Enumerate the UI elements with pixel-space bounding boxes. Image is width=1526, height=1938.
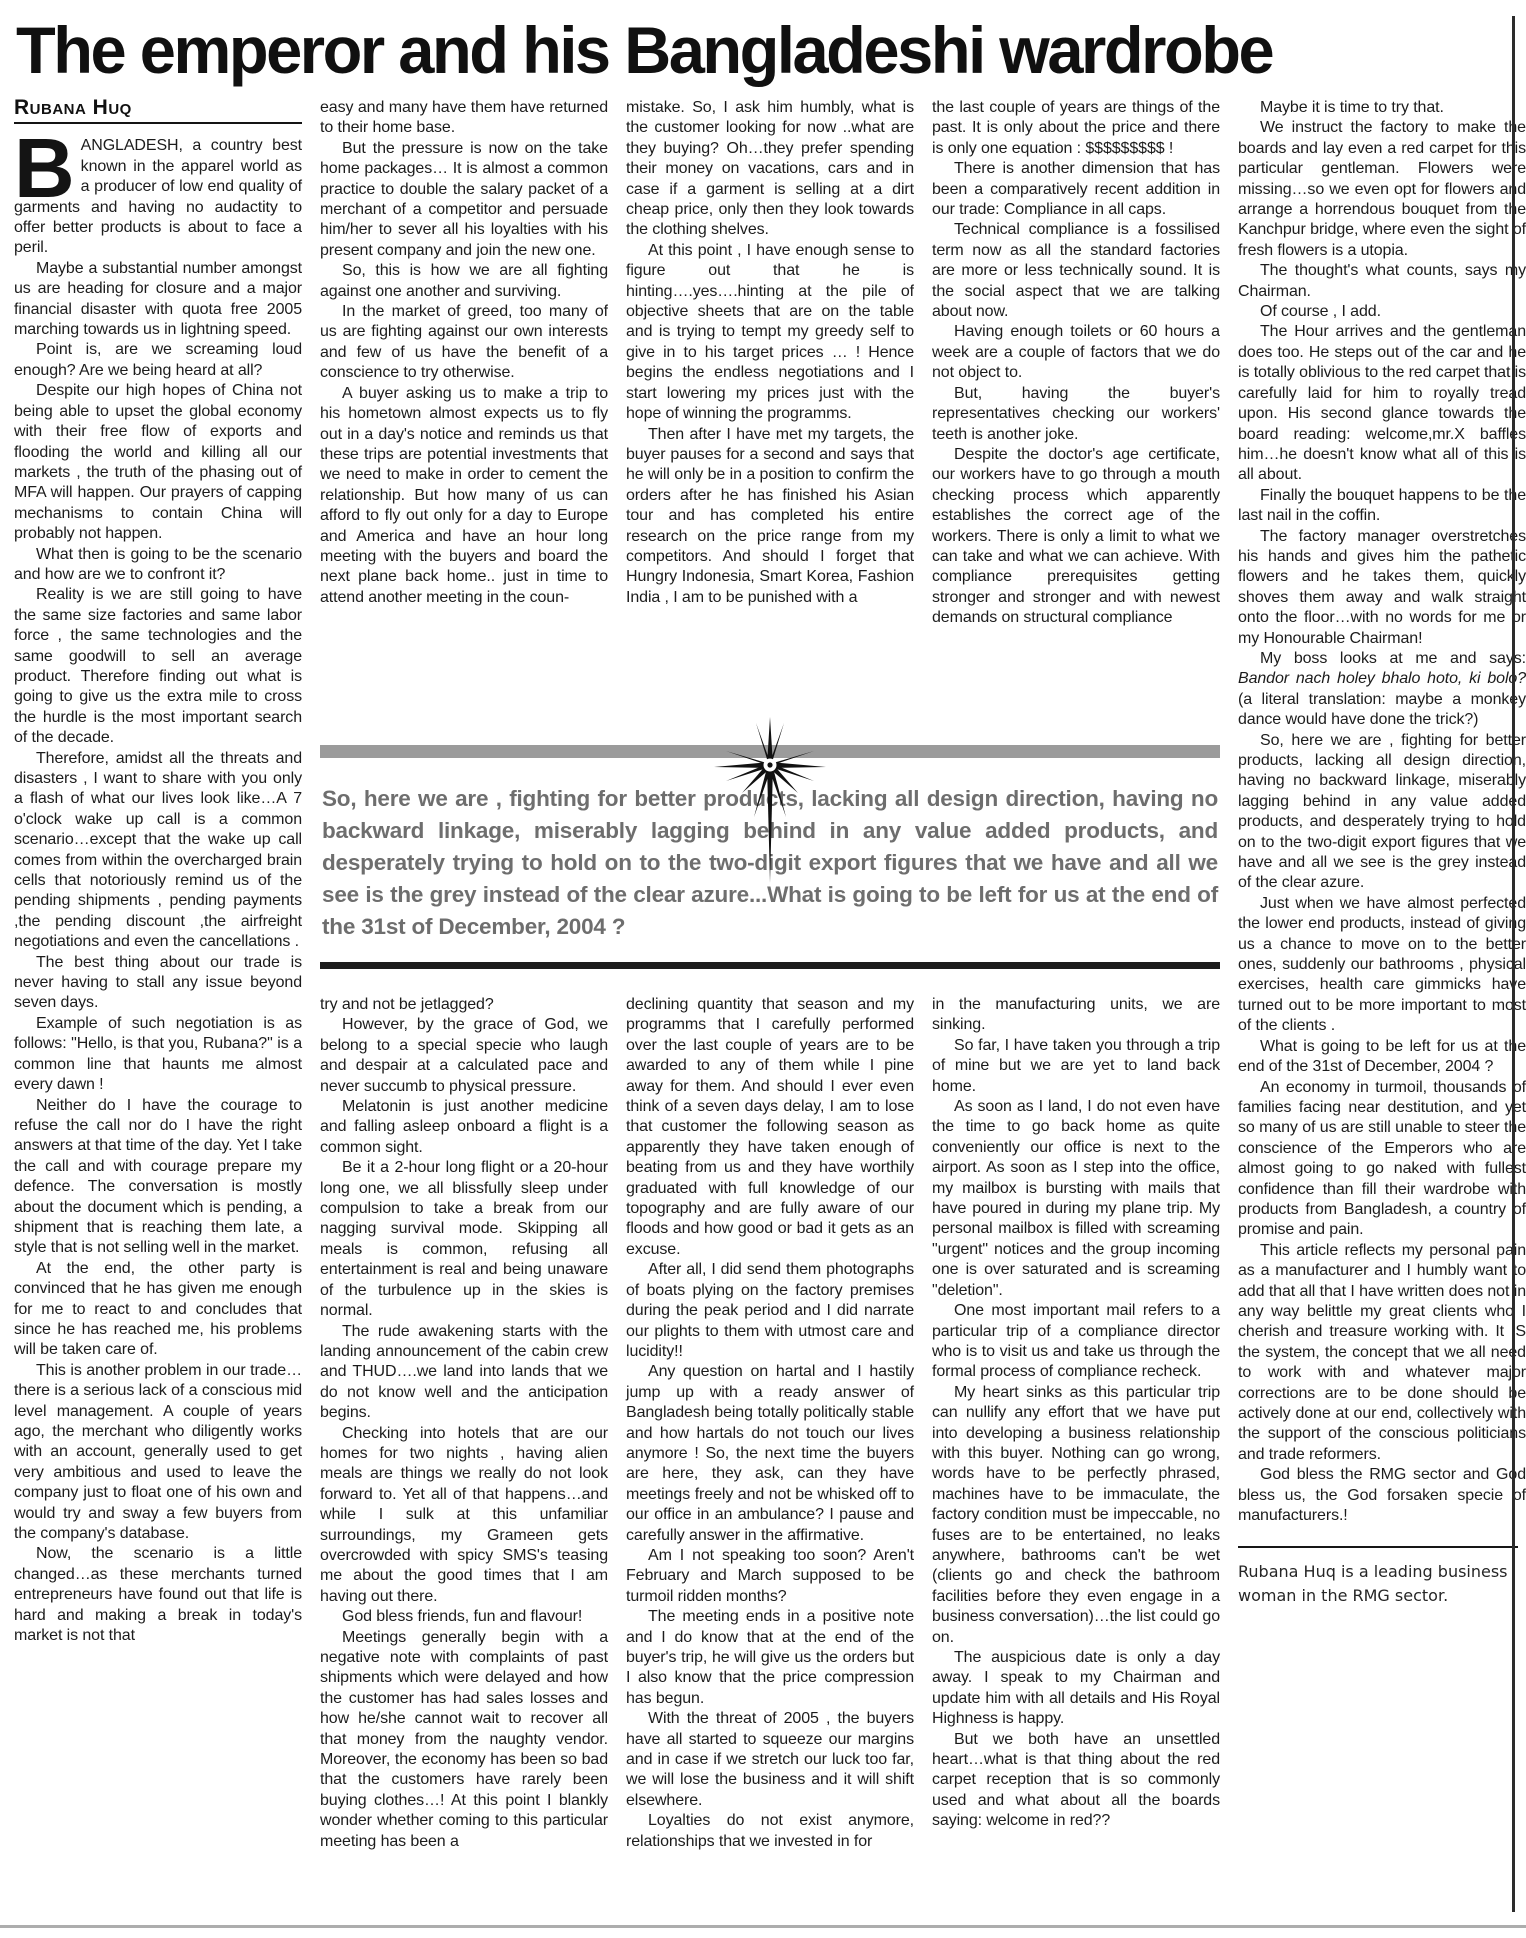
column-4-lower: in the manufacturing units, we are sinki… [932,995,1220,1832]
page-right-rule [1512,16,1515,1912]
article-paragraph: So, here we are , fighting for better pr… [1238,731,1526,894]
article-paragraph: Reality is we are still going to have th… [14,585,302,748]
article-paragraph: Despite the doctor's age certificate, ou… [932,445,1220,629]
article-paragraph: With the threat of 2005 , the buyers hav… [626,1709,914,1811]
article-paragraph: My heart sinks as this particular trip c… [932,1383,1220,1648]
article-paragraph: Now, the scenario is a little changed…as… [14,1544,302,1646]
article-paragraph: The auspicious date is only a day away. … [932,1648,1220,1730]
article-paragraph: Of course , I add. [1238,302,1526,322]
article-paragraph: declining quantity that season and my pr… [626,995,914,1260]
article-paragraph: An economy in turmoil, thousands of fami… [1238,1078,1526,1241]
article-paragraph: A buyer asking us to make a trip to his … [320,384,608,608]
article-paragraph: At the end, the other party is convinced… [14,1259,302,1361]
headline: The emperor and his Bangladeshi wardrobe [16,12,1503,88]
article-paragraph: Therefore, amidst all the threats and di… [14,749,302,953]
page-bottom-rule [0,1925,1526,1928]
article-paragraph: in the manufacturing units, we are sinki… [932,995,1220,1036]
article-paragraph: We instruct the factory to make the boar… [1238,118,1526,261]
article-paragraph: The factory manager overstretches his ha… [1238,527,1526,649]
article-paragraph: Am I not speaking too soon? Aren't Febru… [626,1546,914,1607]
article-paragraph: At this point , I have enough sense to f… [626,241,914,425]
article-paragraph: Maybe a substantial number amongst us ar… [14,259,302,341]
article-paragraph: God bless the RMG sector and God bless u… [1238,1465,1526,1526]
article-paragraph: In the market of greed, too many of us a… [320,302,608,384]
article-paragraph: So far, I have taken you through a trip … [932,1036,1220,1097]
article-paragraph: Meetings generally begin with a negative… [320,1628,608,1852]
drop-cap: B [14,136,81,197]
article-paragraph: This is another problem in our trade…the… [14,1361,302,1545]
article-paragraph: Technical compliance is a fossilised ter… [932,220,1220,322]
column-1: Rubana Huq BANGLADESH, a country best kn… [14,98,302,1646]
article-paragraph: Despite our high hopes of China not bein… [14,381,302,544]
article-paragraph: One most important mail refers to a part… [932,1301,1220,1383]
article-paragraph: There is another dimension that has been… [932,159,1220,220]
article-paragraph: The best thing about our trade is never … [14,953,302,1014]
article-paragraph: After all, I did send them photographs o… [626,1260,914,1362]
article-paragraph: So, this is how we are all fighting agai… [320,261,608,302]
middle-columns: easy and many have them have returned to… [320,98,1220,1852]
article-paragraph: As soon as I land, I do not even have th… [932,1097,1220,1301]
column-3-lower: declining quantity that season and my pr… [626,995,914,1852]
article-paragraph: Neither do I have the courage to refuse … [14,1096,302,1259]
article-paragraph: Having enough toilets or 60 hours a week… [932,322,1220,383]
pull-quote-bottom-bar [320,962,1220,969]
pull-quote: So, here we are , fighting for better pr… [320,745,1220,969]
article-paragraph: Point is, are we screaming loud enough? … [14,340,302,381]
article-paragraph: BANGLADESH, a country best known in the … [14,136,302,258]
article-paragraph: Be it a 2-hour long flight or a 20-hour … [320,1158,608,1321]
column-5-text: Maybe it is time to try that.We instruct… [1238,98,1526,1526]
article-paragraph: The meeting ends in a positive note and … [626,1607,914,1709]
article-paragraph: Then after I have met my targets, the bu… [626,425,914,609]
article-paragraph: Melatonin is just another medicine and f… [320,1097,608,1158]
article-paragraph: the last couple of years are things of t… [932,98,1220,159]
article-paragraph: What is going to be left for us at the e… [1238,1037,1526,1078]
italic-phrase: Bandor nach holey bhalo hoto, ki bolo? [1238,670,1526,687]
newspaper-page: The emperor and his Bangladeshi wardrobe… [0,0,1526,1938]
article-paragraph: try and not be jetlagged? [320,995,608,1015]
article-paragraph: The rude awakening starts with the landi… [320,1322,608,1424]
article-paragraph: easy and many have them have returned to… [320,98,608,139]
column-2-lower: try and not be jetlagged?However, by the… [320,995,608,1852]
upper-row: easy and many have them have returned to… [320,98,1220,731]
article-paragraph: Loyalties do not exist anymore, relation… [626,1811,914,1852]
article-paragraph: Just when we have almost perfected the l… [1238,894,1526,1037]
article-paragraph: Example of such negotiation is as follow… [14,1014,302,1096]
column-3-upper: mistake. So, I ask him humbly, what is t… [626,98,914,731]
article-paragraph: Checking into hotels that are our homes … [320,1424,608,1608]
pull-quote-top-bar [320,745,1220,758]
article-paragraph: What then is going to be the scenario an… [14,545,302,586]
article-paragraph: This article reflects my personal pain a… [1238,1241,1526,1465]
article-paragraph: However, by the grace of God, we belong … [320,1015,608,1097]
article-paragraph: Maybe it is time to try that. [1238,98,1526,118]
article-paragraph: Any question on hartal and I hastily jum… [626,1362,914,1546]
column-5: Maybe it is time to try that.We instruct… [1238,98,1526,1608]
article-paragraph: Finally the bouquet happens to be the la… [1238,486,1526,527]
author-credit: Rubana Huq is a leading business woman i… [1238,1546,1518,1608]
article-paragraph: My boss looks at me and says: Bandor nac… [1238,649,1526,731]
article-paragraph: But we both have an unsettled heart…what… [932,1730,1220,1832]
column-2-upper: easy and many have them have returned to… [320,98,608,731]
article-paragraph: But the pressure is now on the take home… [320,139,608,261]
article-paragraph: The Hour arrives and the gentleman does … [1238,322,1526,485]
column-1-text: BANGLADESH, a country best known in the … [14,136,302,1646]
article-paragraph: But, having the buyer's representatives … [932,384,1220,445]
lower-row: try and not be jetlagged?However, by the… [320,995,1220,1852]
pull-quote-text: So, here we are , fighting for better pr… [322,783,1218,943]
article-body: Rubana Huq BANGLADESH, a country best kn… [14,98,1526,1852]
column-4-upper: the last couple of years are things of t… [932,98,1220,731]
article-paragraph: mistake. So, I ask him humbly, what is t… [626,98,914,241]
article-paragraph: The thought's what counts, says my Chair… [1238,261,1526,302]
article-paragraph: God bless friends, fun and flavour! [320,1607,608,1627]
